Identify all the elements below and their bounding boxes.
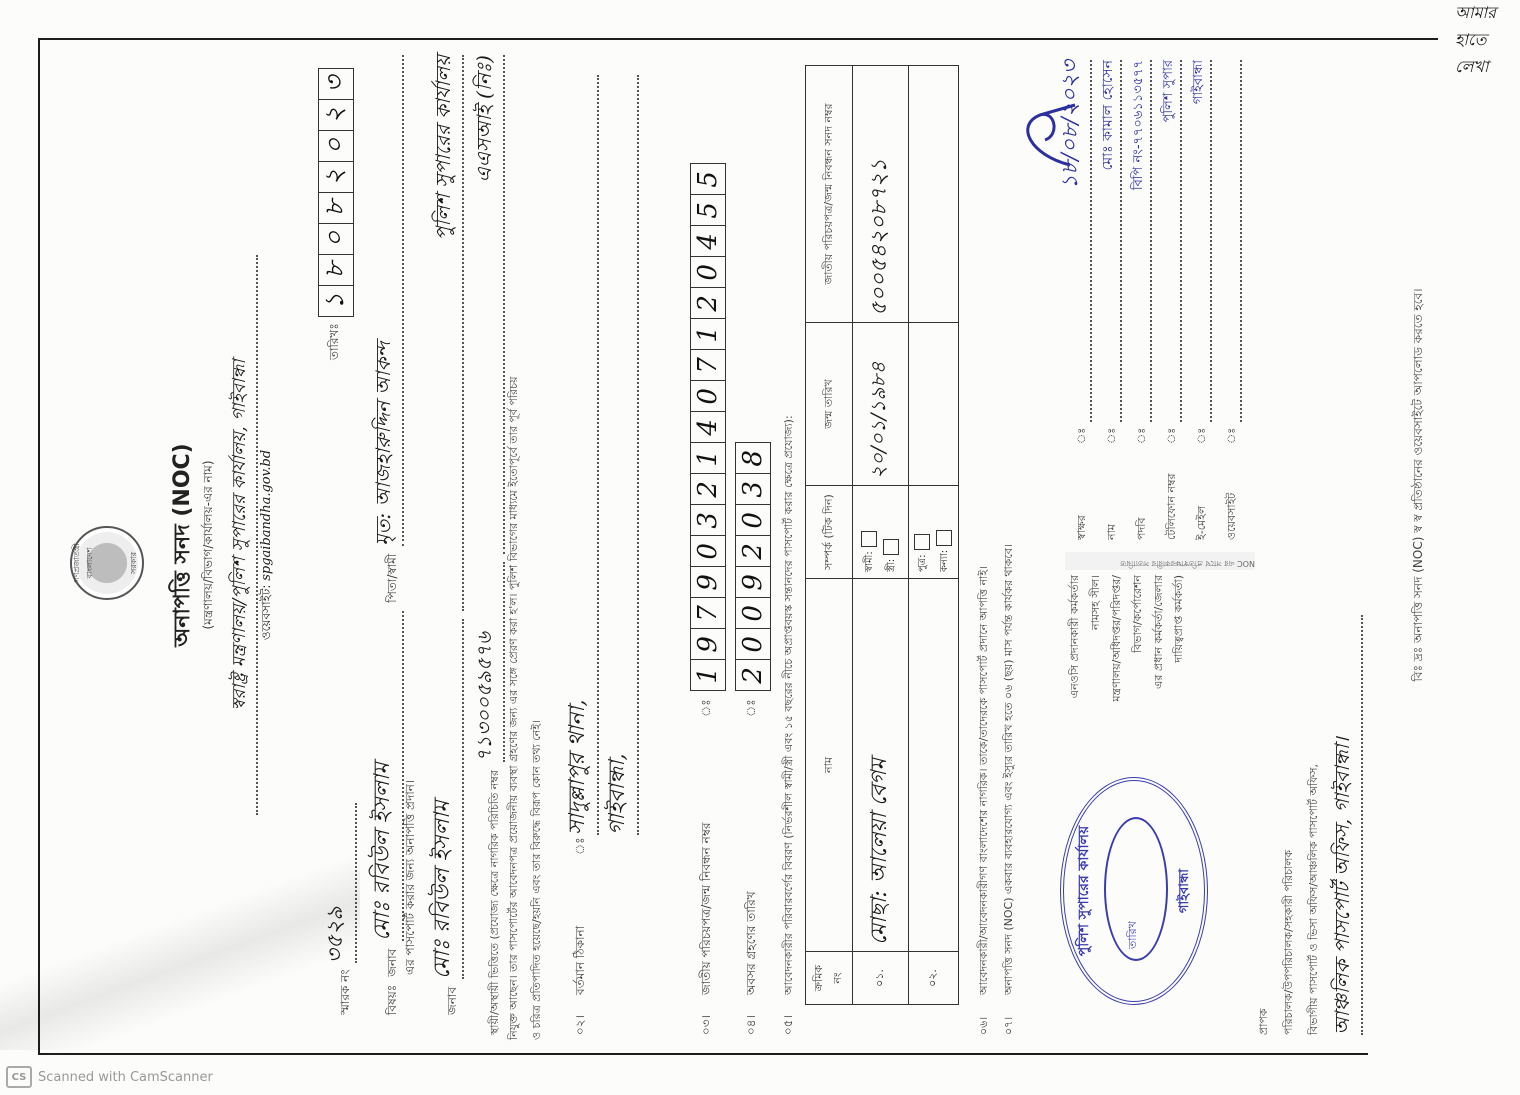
retirement-digit-box: 0 xyxy=(736,628,770,659)
date-label: তারিখঃ xyxy=(326,323,346,360)
bp-value: এএসআই (নিঃ) xyxy=(470,55,505,554)
declaration-06-text: আবেদনকারী/আবেদনকারীগণ বাংলাদেশের নাগরিক।… xyxy=(975,566,994,995)
name-label: নাম xyxy=(1103,450,1122,540)
body-office: পুলিশ সুপারের কার্যালয় xyxy=(429,55,464,611)
body-paragraph-1: নিযুক্ত আছেন। তার পাসপোর্টের আবেদনপত্র প… xyxy=(505,50,524,1040)
field-retirement-label: অবসর গ্রহণের তারিখ xyxy=(743,725,763,995)
website-line: ওয়েবসাইট: spgaibandha.gov.bd xyxy=(258,375,278,715)
field-address-colon: ঃ xyxy=(572,837,592,855)
retirement-date-boxes: 20092038 xyxy=(735,442,771,691)
col-dob: জন্ম তারিখ xyxy=(806,323,853,486)
field-retirement: ০৪। অবসর গ্রহণের তারিখ ঃ 20092038 xyxy=(735,55,771,1035)
date-digit-box: ০ xyxy=(319,223,353,254)
nid-digit-box: 1 xyxy=(691,659,725,690)
issuer-field-designation: পদবি ঃ বিপি নং-৭৭০৬১১৩৫৭৭ xyxy=(1122,60,1152,540)
email-colon: ঃ xyxy=(1193,428,1212,444)
nid-digit-box: 1 xyxy=(691,442,725,473)
family-heading: আবেদনকারীর পরিবারবর্গের বিবরণ (নির্ভরশীল… xyxy=(780,415,800,995)
field-nid-num: ০৩। xyxy=(698,1003,718,1035)
signer-bp-no: বিপি নং-৭৭০৬১১৩৫৭৭ xyxy=(1129,60,1152,422)
row-serial: ০২. xyxy=(909,952,959,1005)
stamp-center-label: তারিখ xyxy=(1124,921,1143,949)
date-digit-box: ৩ xyxy=(319,69,353,99)
margin-note: আমার হাতে লেখা xyxy=(1455,0,1496,81)
signature-scribble xyxy=(1010,95,1080,175)
date-digit-box: ৮ xyxy=(319,192,353,223)
camscanner-logo-icon: CS xyxy=(6,1066,32,1088)
retirement-digit-box: 9 xyxy=(736,566,770,597)
designation-colon: ঃ xyxy=(1133,428,1152,444)
subject-label: বিষয়ঃ xyxy=(384,985,404,1015)
issuer-desc-line: নামসহ সীল। xyxy=(1086,575,1107,765)
document-title: অনাপত্তি সনদ (NOC) xyxy=(165,395,202,695)
recipient-line3: আঞ্চলিক পাসপোর্ট অফিস, গাইবান্ধা। xyxy=(1328,615,1363,1035)
retirement-digit-box: 2 xyxy=(736,535,770,566)
noc-attestation-note: NOC এর সাথে প্রতিস্বাক্ষরকারীর সত্যায়িত xyxy=(1065,552,1255,570)
table-row: ০২. পুত্র: কন্যা: xyxy=(909,66,959,1005)
row-dob xyxy=(909,323,959,486)
recipient-line1: পরিচালক/উপপরিচালক/সহকারী পরিচালক xyxy=(1280,335,1299,1035)
issuer-desc-line: দায়িত্বপ্রাপ্ত কর্মকর্তা) xyxy=(1169,575,1190,765)
family-heading-row: ০৫। আবেদনকারীর পরিবারবর্গের বিবরণ (নির্ভ… xyxy=(780,55,800,1035)
nid-digit-box: 7 xyxy=(691,597,725,628)
row-name xyxy=(909,579,959,952)
body-officer-name: মোঃ রবিউল ইসলাম xyxy=(425,619,464,979)
declaration-06: ০৬। আবেদনকারী/আবেদনকারীগণ বাংলাদেশের নাগ… xyxy=(975,55,994,1035)
field-nid-colon: ঃ xyxy=(698,699,718,717)
subject-prefix: জনাব xyxy=(384,949,404,977)
row-relation: স্বামী: স্ত্রী: xyxy=(853,486,909,579)
website-label: ওয়েবসাইট: xyxy=(259,585,273,641)
date-digit-box: ২ xyxy=(319,161,353,192)
document-subtitle: (মন্ত্রণালয়/বিভাগ/কার্যালয়-এর নাম) xyxy=(200,375,220,715)
footnote: বিঃ দ্রঃ অনাপত্তি সনদ (NOC) স্ব স্ব প্রত… xyxy=(1410,135,1430,835)
relation-husband-label: স্বামী: xyxy=(864,551,875,572)
relation-wife-checkbox[interactable] xyxy=(883,539,899,555)
family-table-header: ক্রমিক নং নাম সম্পর্ক (টিক দিন) জন্ম তার… xyxy=(806,66,853,1005)
website-field-value xyxy=(1240,60,1242,422)
nid-digit-box: 3 xyxy=(691,504,725,535)
issuer-desc-line: বিভাগ/কর্পোরেশন xyxy=(1128,575,1149,765)
nid-digit-box: 0 xyxy=(691,380,725,411)
body-row-2: স্থায়ী/অস্থায়ী ভিত্তিতে (প্রযোজ্য ক্ষে… xyxy=(470,55,505,1035)
table-row: ০১. মোছা: আলেয়া বেগম স্বামী: স্ত্রী: ২০… xyxy=(853,66,909,1005)
nid-digit-box: 0 xyxy=(691,535,725,566)
row-name: মোছা: আলেয়া বেগম xyxy=(853,579,909,952)
date-row: তারিখঃ ১৮০৮২০২৩ xyxy=(318,68,354,360)
declaration-07-text: অনাপত্তি সনদ (NOC) একবার ব্যবহারযোগ্য এব… xyxy=(1000,544,1019,995)
subject-row: বিষয়ঃ জনাব মোঃ রবিউল ইসলাম পিতা/স্বামী … xyxy=(365,55,404,1015)
name-colon: ঃ xyxy=(1103,428,1122,444)
relation-daughter-label: কন্যা: xyxy=(939,550,950,572)
nid-digit-box: 0 xyxy=(691,256,725,287)
subject-applicant-name: মোঃ রবিউল ইসলাম xyxy=(365,611,404,941)
col-serial: ক্রমিক নং xyxy=(806,952,853,1005)
col-name: নাম xyxy=(806,579,853,952)
family-num: ০৫। xyxy=(780,1003,800,1035)
page-border-right xyxy=(38,38,1438,40)
field-address-label: বর্তমান ঠিকানা xyxy=(572,926,592,995)
body-salutation: জনাব xyxy=(444,987,464,1015)
issuer-desc-line: এর প্রধান কর্মকর্তা/জেলার xyxy=(1149,575,1170,765)
camscanner-text: Scanned with CamScanner xyxy=(38,1070,213,1085)
issuer-description: এনওসি প্রদানকারী কর্মকর্তার নামসহ সীল। ম… xyxy=(1065,575,1190,765)
date-digit-box: ০ xyxy=(319,130,353,161)
subject-suffix: এর পাসপোর্ট করার জন্য অনাপত্তি প্রদান। xyxy=(402,780,422,975)
retirement-digit-box: 0 xyxy=(736,597,770,628)
recipient-block: প্রাপক পরিচালক/উপপরিচালক/সহকারী পরিচালক … xyxy=(1255,335,1363,1035)
camscanner-badge: CS Scanned with CamScanner xyxy=(6,1066,213,1088)
nid-digit-box: 9 xyxy=(691,628,725,659)
declaration-06-num: ০৬। xyxy=(975,1003,994,1035)
row-dob: ২০/০১/১৯৮৪ xyxy=(853,323,909,486)
field-address-num: ০২। xyxy=(572,1015,592,1035)
government-seal: গণপ্রজাতন্ত্রী বাংলাদেশ সরকার xyxy=(70,526,144,600)
nid-digit-box: 4 xyxy=(691,225,725,256)
website-field-colon: ঃ xyxy=(1223,428,1242,444)
relation-husband-checkbox[interactable] xyxy=(861,531,877,547)
recipient-label: প্রাপক xyxy=(1255,335,1274,1035)
relation-son-checkbox[interactable] xyxy=(914,534,930,550)
office-name: স্বরাষ্ট্র মন্ত্রণালয়/পুলিশ সুপারের কার… xyxy=(225,255,258,815)
retirement-digit-box: 3 xyxy=(736,473,770,504)
website-field-label: ওয়েবসাইট xyxy=(1223,450,1242,540)
date-digit-box: ২ xyxy=(319,99,353,130)
nid-digit-box: 7 xyxy=(691,349,725,380)
website-value: spgaibandha.gov.bd xyxy=(259,450,274,581)
date-boxes: ১৮০৮২০২৩ xyxy=(318,68,354,317)
stamp-text-top: পুলিশ সুপারের কার্যালয় xyxy=(1072,781,1096,1001)
nid-digit-box: 1 xyxy=(691,318,725,349)
page-border-left xyxy=(38,1053,1368,1055)
seal-text-bottom: সরকার xyxy=(128,528,141,598)
declaration-07: ০৭। অনাপত্তি সনদ (NOC) একবার ব্যবহারযোগ্… xyxy=(1000,55,1019,1035)
nid-digit-box: 5 xyxy=(691,194,725,225)
issuer-desc-line: মন্ত্রণালয়/অধিদপ্তর/পরিদপ্তর/ xyxy=(1107,575,1128,765)
nid-digit-box: 2 xyxy=(691,287,725,318)
issuer-desc-line: এনওসি প্রদানকারী কর্মকর্তার xyxy=(1065,575,1086,765)
issuer-field-website: ওয়েবসাইট ঃ xyxy=(1212,60,1242,540)
issuer-field-email: ই-মেইল ঃ গাইবান্ধা xyxy=(1182,60,1212,540)
field-nid: ০৩। জাতীয় পরিচয়পত্র/জন্ম নিবন্ধন নম্বর… xyxy=(690,55,726,1035)
signer-name: মোঃ কামাল হোসেন xyxy=(1096,60,1122,422)
nid-digit-box: 5 xyxy=(691,164,725,194)
row-nid: ৫০০৫৪২০৮৭২১ xyxy=(853,66,909,323)
father-name: মৃত: আজহারুদ্দিন আকন্দ xyxy=(369,55,404,546)
signature-label: স্বাক্ষর xyxy=(1073,450,1092,540)
seal-text-top: গণপ্রজাতন্ত্রী বাংলাদেশ xyxy=(71,528,97,598)
retirement-digit-box: 0 xyxy=(736,504,770,535)
date-digit-box: ১ xyxy=(319,285,353,316)
declaration-07-num: ০৭। xyxy=(1000,1003,1019,1035)
father-label: পিতা/স্বামী xyxy=(384,554,404,603)
nid-digit-box: 9 xyxy=(691,566,725,597)
designation-label: পদবি xyxy=(1133,450,1152,540)
field-nid-label: জাতীয় পরিচয়পত্র/জন্ম নিবন্ধন নম্বর xyxy=(698,725,718,995)
field-address-line1: সাদুল্লাপুর থানা, xyxy=(560,75,599,835)
row-nid xyxy=(909,66,959,323)
row-relation: পুত্র: কন্যা: xyxy=(909,486,959,579)
relation-daughter-checkbox[interactable] xyxy=(936,530,952,546)
recipient-line2: বিভাগীয় পাসপোর্ট ও ভিসা অফিস/আঞ্চলিক পা… xyxy=(1305,335,1324,1035)
office-stamp: পুলিশ সুপারের কার্যালয় তারিখ গাইবান্ধা xyxy=(1060,777,1208,1005)
field-retirement-colon: ঃ xyxy=(743,699,763,717)
field-retirement-num: ০৪। xyxy=(743,1003,763,1035)
issuer-field-phone: টেলিফোন নম্বর ঃ পুলিশ সুপার xyxy=(1152,60,1182,540)
id-label: স্থায়ী/অস্থায়ী ভিত্তিতে (প্রযোজ্য ক্ষে… xyxy=(486,770,505,1035)
col-nid: জাতীয় পরিচয়পত্র/জন্ম নিবন্ধন সনদ নম্বর xyxy=(806,66,853,323)
body-paragraph-2: ও চরিত্র প্রতিপাদিত হয়েছে/হয়নি এবং তার… xyxy=(528,50,547,1040)
retirement-digit-box: 8 xyxy=(736,443,770,473)
email-label: ই-মেইল xyxy=(1193,450,1212,540)
relation-son-label: পুত্র: xyxy=(917,554,928,572)
stamp-text-bottom: গাইবান্ধা xyxy=(1175,781,1196,1001)
retirement-digit-box: 2 xyxy=(736,659,770,690)
issuer-field-name: নাম ঃ মোঃ কামাল হোসেন xyxy=(1092,60,1122,540)
body-row-1: জনাব মোঃ রবিউল ইসলাম পুলিশ সুপারের কার্য… xyxy=(425,55,464,1015)
signature-colon: ঃ xyxy=(1073,428,1092,444)
col-relation: সম্পর্ক (টিক দিন) xyxy=(806,486,853,579)
nid-digit-box: 4 xyxy=(691,411,725,442)
relation-wife-label: স্ত্রী: xyxy=(886,559,897,572)
nid-digit-box: 2 xyxy=(691,473,725,504)
signer-district: গাইবান্ধা xyxy=(1189,60,1212,422)
signer-designation: পুলিশ সুপার xyxy=(1159,60,1182,422)
family-table: ক্রমিক নং নাম সম্পর্ক (টিক দিন) জন্ম তার… xyxy=(805,65,959,1005)
phone-colon: ঃ xyxy=(1163,428,1182,444)
field-address-line2: গাইবান্ধা, xyxy=(600,75,639,835)
id-value: ৭১৩০০৫৯৫৭৬ xyxy=(470,562,505,762)
nid-boxes: 19790321407120455 xyxy=(690,163,726,691)
row-serial: ০১. xyxy=(853,952,909,1005)
date-digit-box: ৮ xyxy=(319,254,353,285)
phone-label: টেলিফোন নম্বর xyxy=(1163,450,1182,540)
issuer-fields: স্বাক্ষর ঃ ১৮/০৮/২০২৩ নাম ঃ মোঃ কামাল হো… xyxy=(1062,60,1242,540)
scan-shadow xyxy=(0,850,360,1050)
